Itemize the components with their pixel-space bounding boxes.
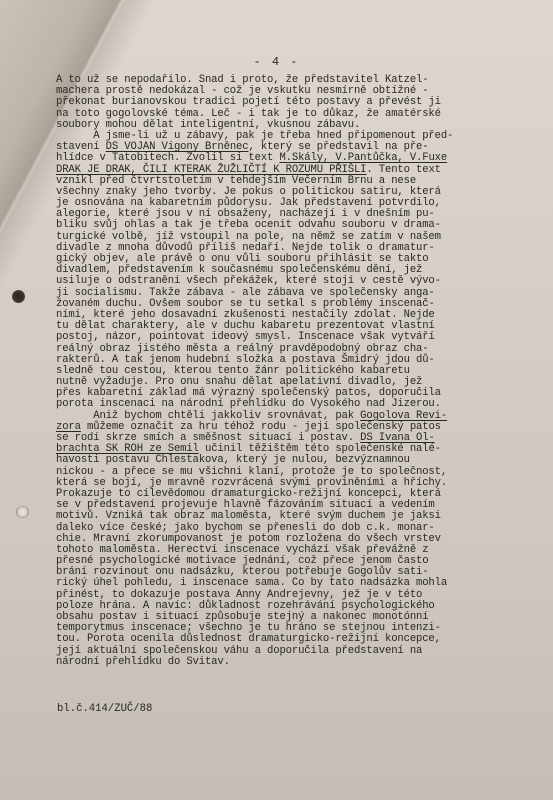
- text-line: překonat burianovskou tradici pojetí tét…: [56, 97, 516, 108]
- text-line: havosti postavu Chlestakova, který je nu…: [56, 455, 516, 466]
- punch-hole-top: [12, 290, 25, 303]
- document-reference: bl.č.414/ZUČ/88: [57, 703, 152, 715]
- underlined-title: Gogolova Revi-: [360, 410, 447, 422]
- text-line: postoj, názor, pointovat ideový smysl. I…: [56, 332, 516, 343]
- underlined-title: M.Skály, V.Pantůčka, V.Fuxe: [279, 152, 447, 164]
- underlined-title: brachta SK ROH ze Semil: [56, 443, 199, 455]
- body-text: A to už se nepodařilo. Snad i proto, že …: [56, 75, 516, 668]
- underlined-title: zora: [56, 421, 81, 433]
- text-line: usiluje o odstranění všech překážek, kte…: [56, 276, 516, 287]
- text-line: daleko více české; jako bychom se přenes…: [56, 523, 516, 534]
- text-line: reálný obraz jistého města a reálný prav…: [56, 344, 516, 355]
- text-line: rický úhel pohledu, i inscenace sama. Co…: [56, 578, 516, 589]
- underlined-title: DRAK JE DRAK, ČILI KTERAK ŽUŽLIČTÍ K ROZ…: [56, 164, 366, 176]
- text-line: tou. Porota ocenila důslednost dramaturg…: [56, 634, 516, 645]
- text-line: motivů. Vzniká tak obraz maloměsta, kter…: [56, 511, 516, 522]
- text-line: DRAK JE DRAK, ČILI KTERAK ŽUŽLIČTÍ K ROZ…: [56, 165, 516, 176]
- text-line: bliku svůj ohlas a tak je třeba ocenit o…: [56, 220, 516, 231]
- punch-hole-bottom: [16, 506, 29, 518]
- page-number: - 4 -: [0, 55, 553, 69]
- underlined-title: DS Ivana Ol-: [360, 432, 435, 444]
- text-line: národní přehlídku do Svitav.: [56, 657, 516, 668]
